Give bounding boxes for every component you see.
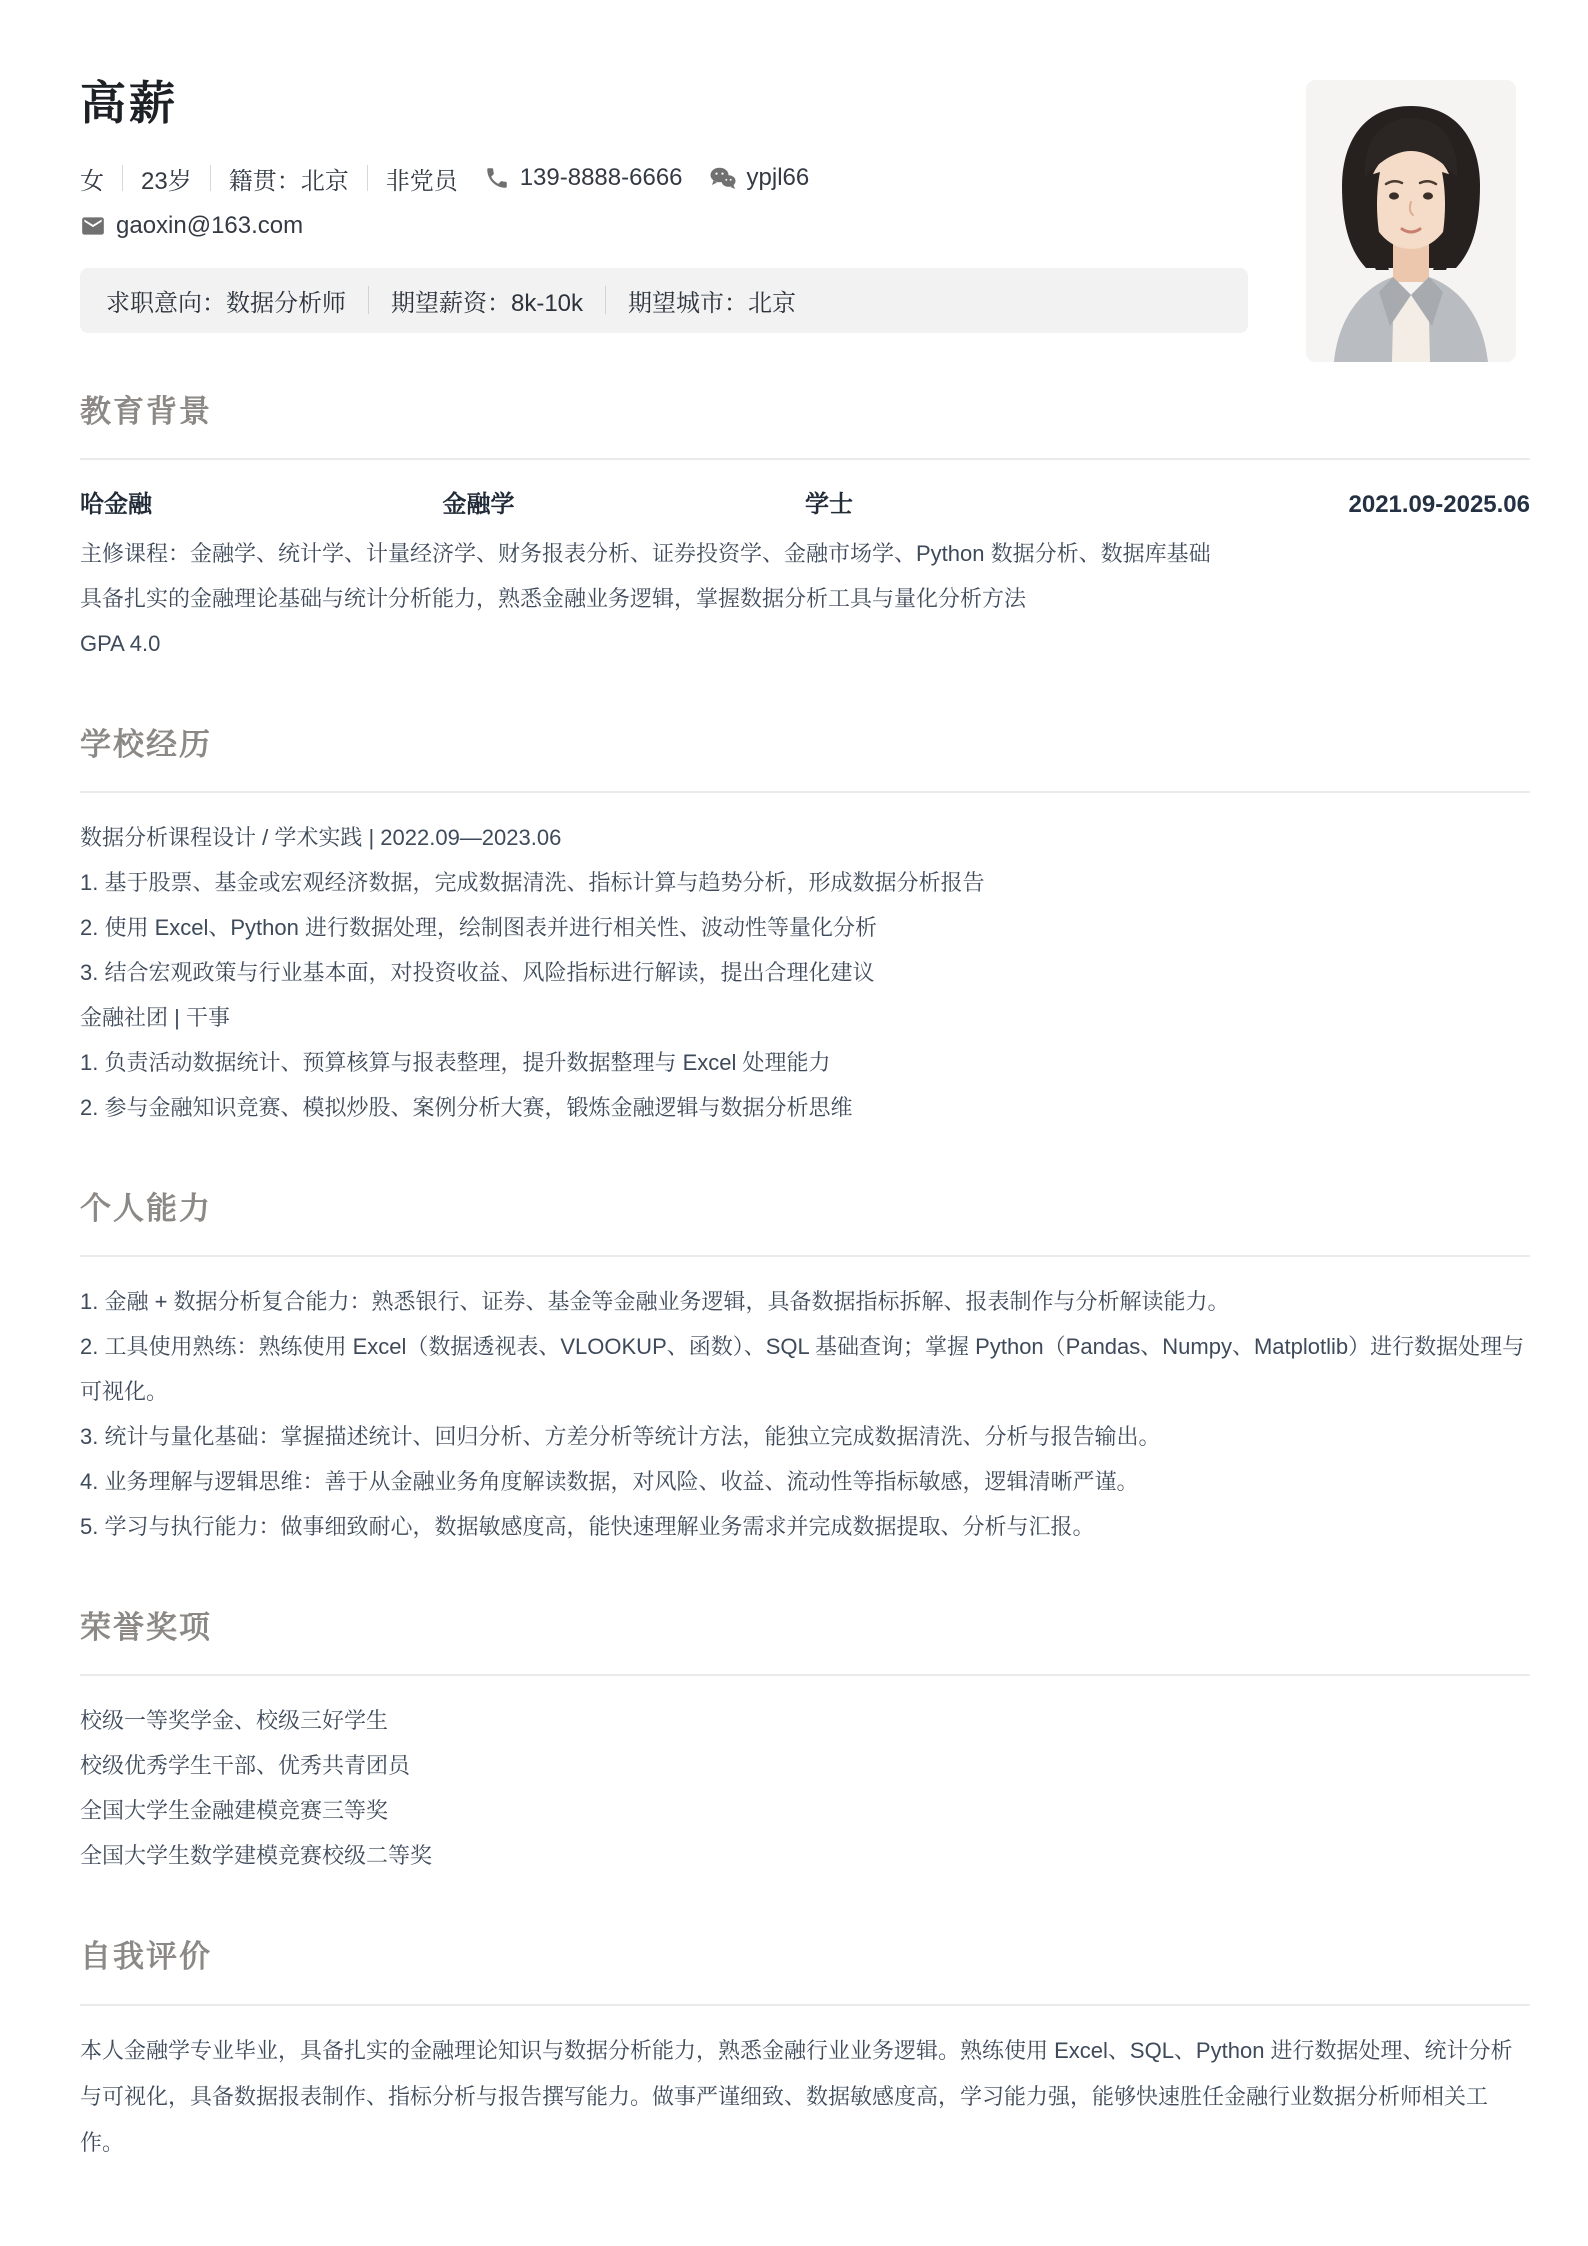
wechat-group: ypjl66	[709, 164, 810, 192]
political-status: 非党员	[386, 161, 458, 196]
gender: 女	[80, 161, 104, 196]
separator	[122, 165, 123, 191]
education-row: 哈金融 金融学 学士 2021.09-2025.06	[80, 482, 1530, 527]
honor-line: 全国大学生金融建模竞赛三等奖	[80, 1788, 1530, 1833]
portrait-illustration	[1306, 80, 1516, 362]
section-divider	[80, 458, 1530, 460]
experience-line: 金融社团 | 干事	[80, 995, 1530, 1040]
ability-line: 2. 工具使用熟练：熟练使用 Excel（数据透视表、VLOOKUP、函数）、S…	[80, 1324, 1530, 1414]
section-education: 教育背景 哈金融 金融学 学士 2021.09-2025.06 主修课程：金融学…	[80, 393, 1530, 666]
job-objective-bar: 求职意向：数据分析师 期望薪资：8k-10k 期望城市：北京	[80, 268, 1248, 333]
experience-line: 数据分析课程设计 / 学术实践 | 2022.09—2023.06	[80, 815, 1530, 860]
section-title-self-evaluation: 自我评价	[80, 1938, 1530, 1975]
edu-period: 2021.09-2025.06	[1168, 482, 1531, 527]
section-school-experience: 学校经历 数据分析课程设计 / 学术实践 | 2022.09—2023.06 1…	[80, 726, 1530, 1130]
section-honors: 荣誉奖项 校级一等奖学金、校级三好学生 校级优秀学生干部、优秀共青团员 全国大学…	[80, 1609, 1530, 1878]
ability-line: 3. 统计与量化基础：掌握描述统计、回归分析、方差分析等统计方法，能独立完成数据…	[80, 1414, 1530, 1459]
separator	[605, 286, 606, 314]
phone-group: 139-8888-6666	[484, 164, 683, 192]
email-address: gaoxin@163.com	[116, 212, 303, 240]
experience-line: 2. 参与金融知识竞赛、模拟炒股、案例分析大赛，锻炼金融逻辑与数据分析思维	[80, 1085, 1530, 1130]
ability-line: 4. 业务理解与逻辑思维：善于从金融业务角度解读数据，对风险、收益、流动性等指标…	[80, 1459, 1530, 1504]
section-divider	[80, 791, 1530, 793]
self-evaluation-text: 本人金融学专业毕业，具备扎实的金融理论知识与数据分析能力，熟悉金融行业业务逻辑。…	[80, 2028, 1530, 2166]
section-abilities: 个人能力 1. 金融 + 数据分析复合能力：熟悉银行、证券、基金等金融业务逻辑，…	[80, 1190, 1530, 1549]
section-title-abilities: 个人能力	[80, 1190, 1530, 1227]
ability-line: 5. 学习与执行能力：做事细致耐心，数据敏感度高，能快速理解业务需求并完成数据提…	[80, 1504, 1530, 1549]
email-icon	[80, 213, 106, 239]
honor-line: 校级优秀学生干部、优秀共青团员	[80, 1743, 1530, 1788]
experience-line: 1. 基于股票、基金或宏观经济数据，完成数据清洗、指标计算与趋势分析，形成数据分…	[80, 860, 1530, 905]
education-detail-line: 具备扎实的金融理论基础与统计分析能力，熟悉金融业务逻辑，掌握数据分析工具与量化分…	[80, 576, 1530, 621]
wechat-icon	[709, 165, 737, 191]
section-self-evaluation: 自我评价 本人金融学专业毕业，具备扎实的金融理论知识与数据分析能力，熟悉金融行业…	[80, 1938, 1530, 2165]
section-title-honors: 荣誉奖项	[80, 1609, 1530, 1646]
education-detail-line: GPA 4.0	[80, 621, 1530, 666]
objective-position: 求职意向：数据分析师	[106, 283, 346, 318]
education-detail-line: 主修课程：金融学、统计学、计量经济学、财务报表分析、证券投资学、金融市场学、Py…	[80, 531, 1530, 576]
section-divider	[80, 1255, 1530, 1257]
age: 23岁	[141, 161, 192, 196]
edu-school: 哈金融	[80, 482, 443, 527]
section-title-school-experience: 学校经历	[80, 726, 1530, 763]
separator	[367, 165, 368, 191]
experience-line: 3. 结合宏观政策与行业基本面，对投资收益、风险指标进行解读，提出合理化建议	[80, 950, 1530, 995]
section-divider	[80, 1674, 1530, 1676]
separator	[210, 165, 211, 191]
profile-photo	[1306, 80, 1516, 362]
ability-line: 1. 金融 + 数据分析复合能力：熟悉银行、证券、基金等金融业务逻辑，具备数据指…	[80, 1279, 1530, 1324]
phone-number: 139-8888-6666	[520, 164, 683, 192]
objective-salary: 期望薪资：8k-10k	[391, 283, 583, 318]
resume-page: 高薪 女 23岁 籍贯：北京 非党员 139-8888-6666	[0, 0, 1588, 2246]
honor-line: 全国大学生数学建模竞赛校级二等奖	[80, 1833, 1530, 1878]
section-title-education: 教育背景	[80, 393, 1530, 430]
edu-degree: 学士	[805, 482, 1168, 527]
honor-line: 校级一等奖学金、校级三好学生	[80, 1698, 1530, 1743]
wechat-id: ypjl66	[747, 164, 810, 192]
section-divider	[80, 2004, 1530, 2006]
hometown: 籍贯：北京	[229, 161, 349, 196]
separator	[368, 286, 369, 314]
phone-icon	[484, 165, 510, 191]
experience-line: 1. 负责活动数据统计、预算核算与报表整理，提升数据整理与 Excel 处理能力	[80, 1040, 1530, 1085]
objective-city: 期望城市：北京	[628, 283, 796, 318]
experience-line: 2. 使用 Excel、Python 进行数据处理，绘制图表并进行相关性、波动性…	[80, 905, 1530, 950]
edu-major: 金融学	[443, 482, 806, 527]
